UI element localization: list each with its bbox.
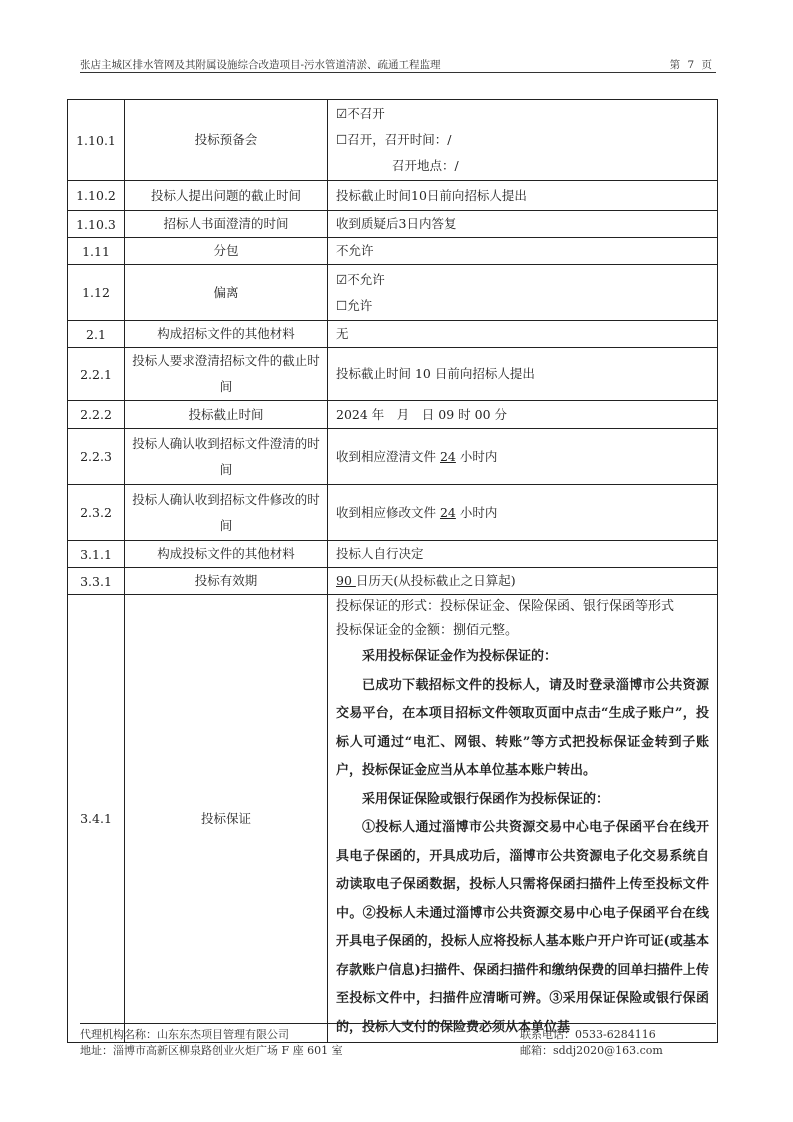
clause-number: 3.3.1 — [68, 568, 125, 595]
clause-content: ☑不召开 ☐召开，召开时间：/ 召开地点：/ — [328, 100, 718, 181]
meeting-location: 召开地点：/ — [336, 153, 709, 179]
clause-number: 1.10.3 — [68, 211, 125, 238]
table-row: 1.11 分包 不允许 — [68, 238, 718, 265]
clause-item: 投标人确认收到招标文件修改的时间 — [125, 485, 328, 541]
clause-content: 投标截止时间 10 日前向招标人提出 — [328, 348, 718, 401]
clause-content: 收到相应修改文件 24 小时内 — [328, 485, 718, 541]
clause-item: 分包 — [125, 238, 328, 265]
checked-option-not-held: ☑不召开 — [336, 101, 709, 127]
hours-value: 24 — [440, 449, 456, 464]
clause-number: 1.10.1 — [68, 100, 125, 181]
clause-item: 招标人书面澄清的时间 — [125, 211, 328, 238]
contact-phone: 联系电话：0533-6284116 — [520, 1027, 663, 1043]
agency-address: 地址：淄博市高新区柳泉路创业火炬广场 F 座 601 室 — [80, 1043, 343, 1059]
table-row: 2.2.1 投标人要求澄清招标文件的截止时间 投标截止时间 10 日前向招标人提… — [68, 348, 718, 401]
page-footer: 代理机构名称：山东东杰项目管理有限公司 地址：淄博市高新区柳泉路创业火炬广场 F… — [80, 1023, 716, 1024]
clause-item: 投标人要求澄清招标文件的截止时间 — [125, 348, 328, 401]
clause-content: 投标人自行决定 — [328, 541, 718, 568]
table-row: 2.2.3 投标人确认收到招标文件澄清的时间 收到相应澄清文件 24 小时内 — [68, 429, 718, 485]
checked-option-not-allowed: ☑不允许 — [336, 267, 709, 293]
security-amount: 投标保证金的金额：捌佰元整。 — [336, 619, 709, 643]
clause-number: 3.4.1 — [68, 595, 125, 1043]
validity-days-value: 90 — [336, 573, 356, 588]
clause-content: 2024 年 月 日 09 时 00 分 — [328, 401, 718, 429]
clause-item: 投标人提出问题的截止时间 — [125, 181, 328, 211]
table-row: 1.12 偏离 ☑不允许 ☐允许 — [68, 265, 718, 321]
clause-number: 3.1.1 — [68, 541, 125, 568]
guarantee-heading: 采用保证保险或银行保函作为投标保证的： — [336, 786, 709, 815]
table-row: 3.3.1 投标有效期 90 日历天(从投标截止之日算起) — [68, 568, 718, 595]
clause-content: 收到相应澄清文件 24 小时内 — [328, 429, 718, 485]
clause-content: ☑不允许 ☐允许 — [328, 265, 718, 321]
page-header: 张店主城区排水管网及其附属设施综合改造项目-污水管道清淤、疏通工程监理 第 7 … — [80, 57, 716, 73]
clause-item: 投标保证 — [125, 595, 328, 1043]
hours-value: 24 — [440, 505, 456, 520]
clause-content: 投标截止时间10日前向招标人提出 — [328, 181, 718, 211]
contact-email: 邮箱：sddj2020@163.com — [520, 1043, 663, 1059]
clause-item: 投标预备会 — [125, 100, 328, 181]
table-row: 2.2.2 投标截止时间 2024 年 月 日 09 时 00 分 — [68, 401, 718, 429]
table-row: 1.10.1 投标预备会 ☑不召开 ☐召开，召开时间：/ 召开地点：/ — [68, 100, 718, 181]
security-deposit-heading: 采用投标保证金作为投标保证的： — [336, 643, 709, 672]
guarantee-paragraph: ①投标人通过淄博市公共资源交易中心电子保函平台在线开具电子保函的，开具成功后，淄… — [336, 814, 709, 1042]
clause-number: 2.2.1 — [68, 348, 125, 401]
table-row: 2.3.2 投标人确认收到招标文件修改的时间 收到相应修改文件 24 小时内 — [68, 485, 718, 541]
clause-number: 1.11 — [68, 238, 125, 265]
bidding-data-table: 1.10.1 投标预备会 ☑不召开 ☐召开，召开时间：/ 召开地点：/ 1.10… — [67, 99, 718, 1043]
security-form: 投标保证的形式：投标保证金、保险保函、银行保函等形式 — [336, 595, 709, 619]
clause-item: 投标人确认收到招标文件澄清的时间 — [125, 429, 328, 485]
table-row: 3.4.1 投标保证 投标保证的形式：投标保证金、保险保函、银行保函等形式 投标… — [68, 595, 718, 1043]
clause-content: 90 日历天(从投标截止之日算起) — [328, 568, 718, 595]
clause-number: 2.1 — [68, 321, 125, 348]
clause-number: 2.2.3 — [68, 429, 125, 485]
clause-item: 偏离 — [125, 265, 328, 321]
clause-content: 不允许 — [328, 238, 718, 265]
security-deposit-paragraph: 已成功下载招标文件的投标人，请及时登录淄博市公共资源交易平台，在本项目招标文件领… — [336, 672, 709, 786]
table-row: 1.10.2 投标人提出问题的截止时间 投标截止时间10日前向招标人提出 — [68, 181, 718, 211]
clause-number: 1.12 — [68, 265, 125, 321]
clause-number: 2.2.2 — [68, 401, 125, 429]
unchecked-option-allowed: ☐允许 — [336, 293, 709, 319]
document-title: 张店主城区排水管网及其附属设施综合改造项目-污水管道清淤、疏通工程监理 — [80, 57, 441, 72]
clause-item: 构成投标文件的其他材料 — [125, 541, 328, 568]
clause-item: 投标有效期 — [125, 568, 328, 595]
clause-content: 收到质疑后3日内答复 — [328, 211, 718, 238]
clause-item: 构成招标文件的其他材料 — [125, 321, 328, 348]
clause-item: 投标截止时间 — [125, 401, 328, 429]
table-row: 1.10.3 招标人书面澄清的时间 收到质疑后3日内答复 — [68, 211, 718, 238]
clause-content: 无 — [328, 321, 718, 348]
table-row: 2.1 构成招标文件的其他材料 无 — [68, 321, 718, 348]
table-row: 3.1.1 构成投标文件的其他材料 投标人自行决定 — [68, 541, 718, 568]
bid-security-content: 投标保证的形式：投标保证金、保险保函、银行保函等形式 投标保证金的金额：捌佰元整… — [328, 595, 718, 1043]
agency-name: 代理机构名称：山东东杰项目管理有限公司 — [80, 1027, 343, 1043]
clause-number: 1.10.2 — [68, 181, 125, 211]
unchecked-option-held: ☐召开，召开时间：/ — [336, 127, 709, 153]
page-number: 第 7 页 — [670, 57, 714, 72]
clause-number: 2.3.2 — [68, 485, 125, 541]
